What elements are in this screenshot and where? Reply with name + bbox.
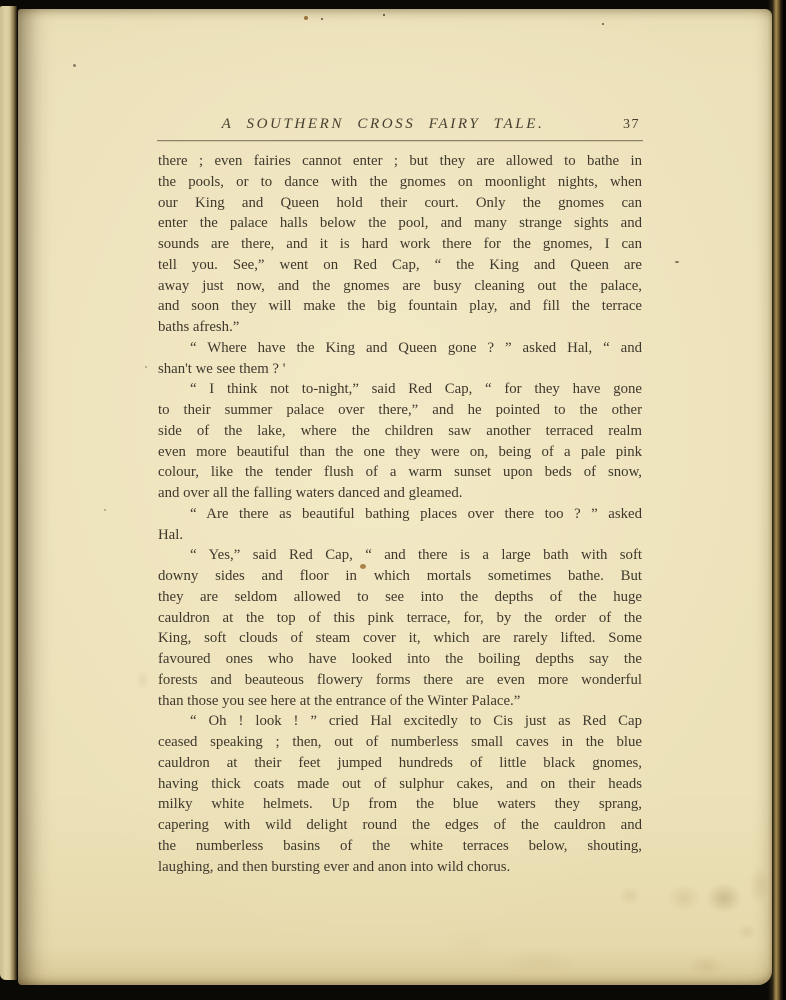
text-line: shan't we see them ? ' xyxy=(158,359,642,380)
text-line: ceased speaking ; then, out of numberles… xyxy=(158,732,642,753)
text-line: enter the palace halls below the pool, a… xyxy=(158,213,642,234)
text-line: “ I think not to-night,” said Red Cap, “… xyxy=(158,379,642,400)
page-body: there ; even fairies cannot enter ; but … xyxy=(158,151,642,877)
text-line: and over all the falling waters danced a… xyxy=(158,483,642,504)
facing-page-edge xyxy=(0,6,17,980)
text-line: downy sides and floor in which mortals s… xyxy=(158,566,642,587)
text-line: capering with wild delight round the edg… xyxy=(158,815,642,836)
text-line: having thick coats made out of sulphur c… xyxy=(158,774,642,795)
text-line: “ Oh ! look ! ” cried Hal excitedly to C… xyxy=(158,711,642,732)
header-rule xyxy=(157,140,643,141)
text-line: “ Are there as beautiful bathing places … xyxy=(158,504,642,525)
text-line: forests and beauteous flowery forms ther… xyxy=(158,670,642,691)
text-line: colour, like the tender flush of a warm … xyxy=(158,462,642,483)
text-line: laughing, and then bursting ever and ano… xyxy=(158,857,642,878)
text-line: King, soft clouds of steam cover it, whi… xyxy=(158,628,642,649)
text-line: side of the lake, where the children saw… xyxy=(158,421,642,442)
text-line: milky white helmets. Up from the blue wa… xyxy=(158,794,642,815)
book-page: A SOUTHERN CROSS FAIRY TALE. 37 there ; … xyxy=(18,9,772,985)
text-line: cauldron at their feet jumped hundreds o… xyxy=(158,753,642,774)
text-line: away just now, and the gnomes are busy c… xyxy=(158,276,642,297)
text-line: baths afresh.” xyxy=(158,317,642,338)
text-line: there ; even fairies cannot enter ; but … xyxy=(158,151,642,172)
text-line: favoured ones who have looked into the b… xyxy=(158,649,642,670)
book-fore-edge xyxy=(768,0,786,1000)
text-line: “ Yes,” said Red Cap, “ and there is a l… xyxy=(158,545,642,566)
text-line: even more beautiful than the one they we… xyxy=(158,442,642,463)
text-line: cauldron at the top of this pink terrace… xyxy=(158,608,642,629)
text-line: to their summer palace over there,” and … xyxy=(158,400,642,421)
book-page-scan: A SOUTHERN CROSS FAIRY TALE. 37 there ; … xyxy=(0,0,786,1000)
text-line: sounds are there, and it is hard work th… xyxy=(158,234,642,255)
text-line: “ Where have the King and Queen gone ? ”… xyxy=(158,338,642,359)
text-line: the numberless basins of the white terra… xyxy=(158,836,642,857)
running-header-title: A SOUTHERN CROSS FAIRY TALE. xyxy=(158,116,608,133)
text-line: they are seldom allowed to see into the … xyxy=(158,587,642,608)
text-line: and soon they will make the big fountain… xyxy=(158,296,642,317)
text-line: our King and Queen hold their court. Onl… xyxy=(158,193,642,214)
running-header: A SOUTHERN CROSS FAIRY TALE. 37 xyxy=(158,116,642,140)
page-number: 37 xyxy=(623,117,640,133)
text-line: the pools, or to dance with the gnomes o… xyxy=(158,172,642,193)
text-line: Hal. xyxy=(158,525,642,546)
text-line: than those you see here at the entrance … xyxy=(158,691,642,712)
text-line: tell you. See,” went on Red Cap, “ the K… xyxy=(158,255,642,276)
